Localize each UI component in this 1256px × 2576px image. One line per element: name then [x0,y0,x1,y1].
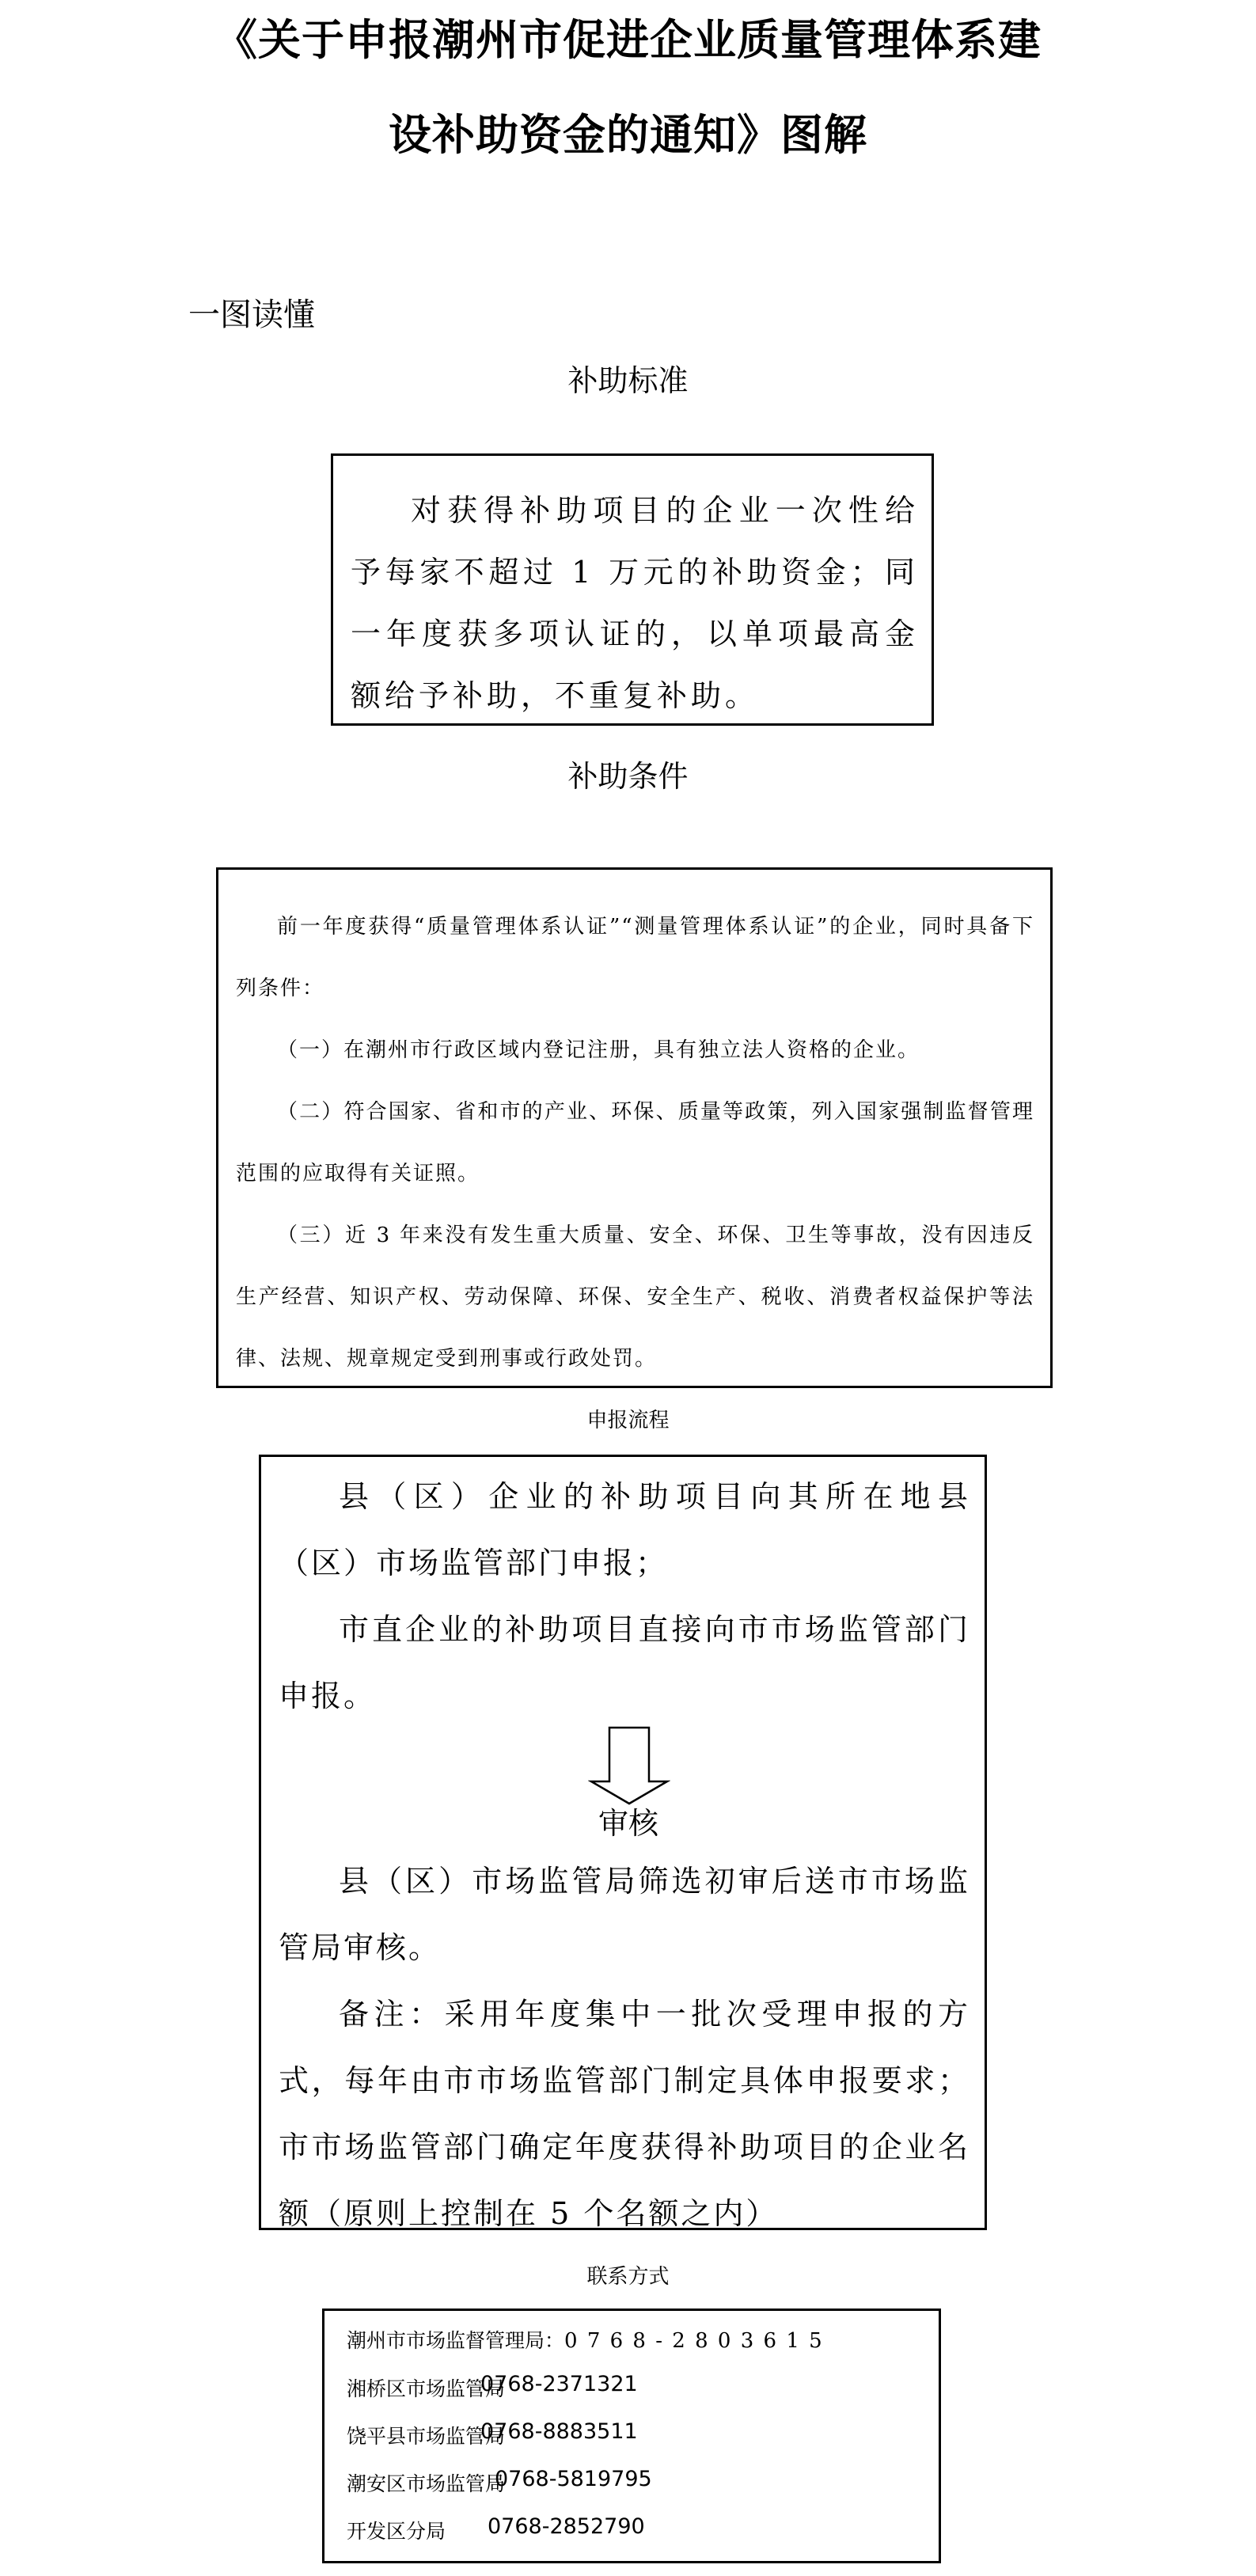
arrow-container [279,1729,970,1808]
conditions-heading: 补助条件 [0,752,1256,795]
conditions-intro: 前一年度获得“质量管理体系认证”“测量管理体系认证”的企业，同时具备下列条件： [236,896,1034,1019]
contact-phone: 0768-8883511 [480,2419,638,2444]
process-step2: 县（区）市场监管局筛选初审后送市市场监管局审核。 [279,1848,970,1981]
condition-item-3: （三）近 3 年来没有发生重大质量、安全、环保、卫生等事故，没有因违反生产经营、… [236,1205,1034,1390]
review-label: 审核 [279,1804,970,1843]
process-step1-county: 县（区）企业的补助项目向其所在地县（区）市场监管部门申报； [279,1463,970,1596]
contact-phone: 0 7 6 8 - 2 8 0 3 6 1 5 [564,2329,824,2353]
down-arrow-icon [588,1726,670,1807]
condition-item-1: （一）在潮州市行政区域内登记注册，具有独立法人资格的企业。 [236,1019,1034,1081]
section-label: 一图读懂 [188,290,315,335]
process-note: 备注：采用年度集中一批次受理申报的方式，每年由市市场监管部门制定具体申报要求；市… [279,1981,970,2247]
contact-phone: 0768-2852790 [488,2514,645,2539]
process-step1-city: 市直企业的补助项目直接向市市场监管部门申报。 [279,1596,970,1729]
contact-phone: 0768-5819795 [495,2467,652,2491]
standard-heading: 补助标准 [0,356,1256,400]
standard-text: 对获得补助项目的企业一次性给予每家不超过 1 万元的补助资金；同一年度获多项认证… [351,480,919,727]
contact-name: 潮州市市场监督管理局： [347,2329,564,2352]
contact-name: 开发区分局 [347,2520,446,2543]
standard-box: 对获得补助项目的企业一次性给予每家不超过 1 万元的补助资金；同一年度获多项认证… [331,453,934,726]
contact-box: 潮州市市场监督管理局：0 7 6 8 - 2 8 0 3 6 1 5 湘桥区市场… [322,2309,941,2563]
condition-item-2: （二）符合国家、省和市的产业、环保、质量等政策，列入国家强制监督管理范围的应取得… [236,1081,1034,1205]
process-box: 县（区）企业的补助项目向其所在地县（区）市场监管部门申报； 市直企业的补助项目直… [259,1455,987,2230]
document-title-line-2: 设补助资金的通知》图解 [0,101,1256,162]
contact-phone: 0768-2371321 [480,2372,638,2396]
document-title-line-1: 《关于申报潮州市促进企业质量管理体系建 [0,6,1256,67]
contact-row-kaifaqu: 开发区分局 [347,2516,446,2544]
contact-row-chaoan: 潮安区市场监管局 [347,2468,505,2497]
conditions-box: 前一年度获得“质量管理体系认证”“测量管理体系认证”的企业，同时具备下列条件： … [216,867,1053,1388]
process-heading: 申报流程 [0,1404,1256,1433]
contact-heading: 联系方式 [0,2260,1256,2290]
contact-name: 潮安区市场监管局 [347,2472,505,2495]
contact-row-city: 潮州市市场监督管理局：0 7 6 8 - 2 8 0 3 6 1 5 [347,2325,824,2354]
